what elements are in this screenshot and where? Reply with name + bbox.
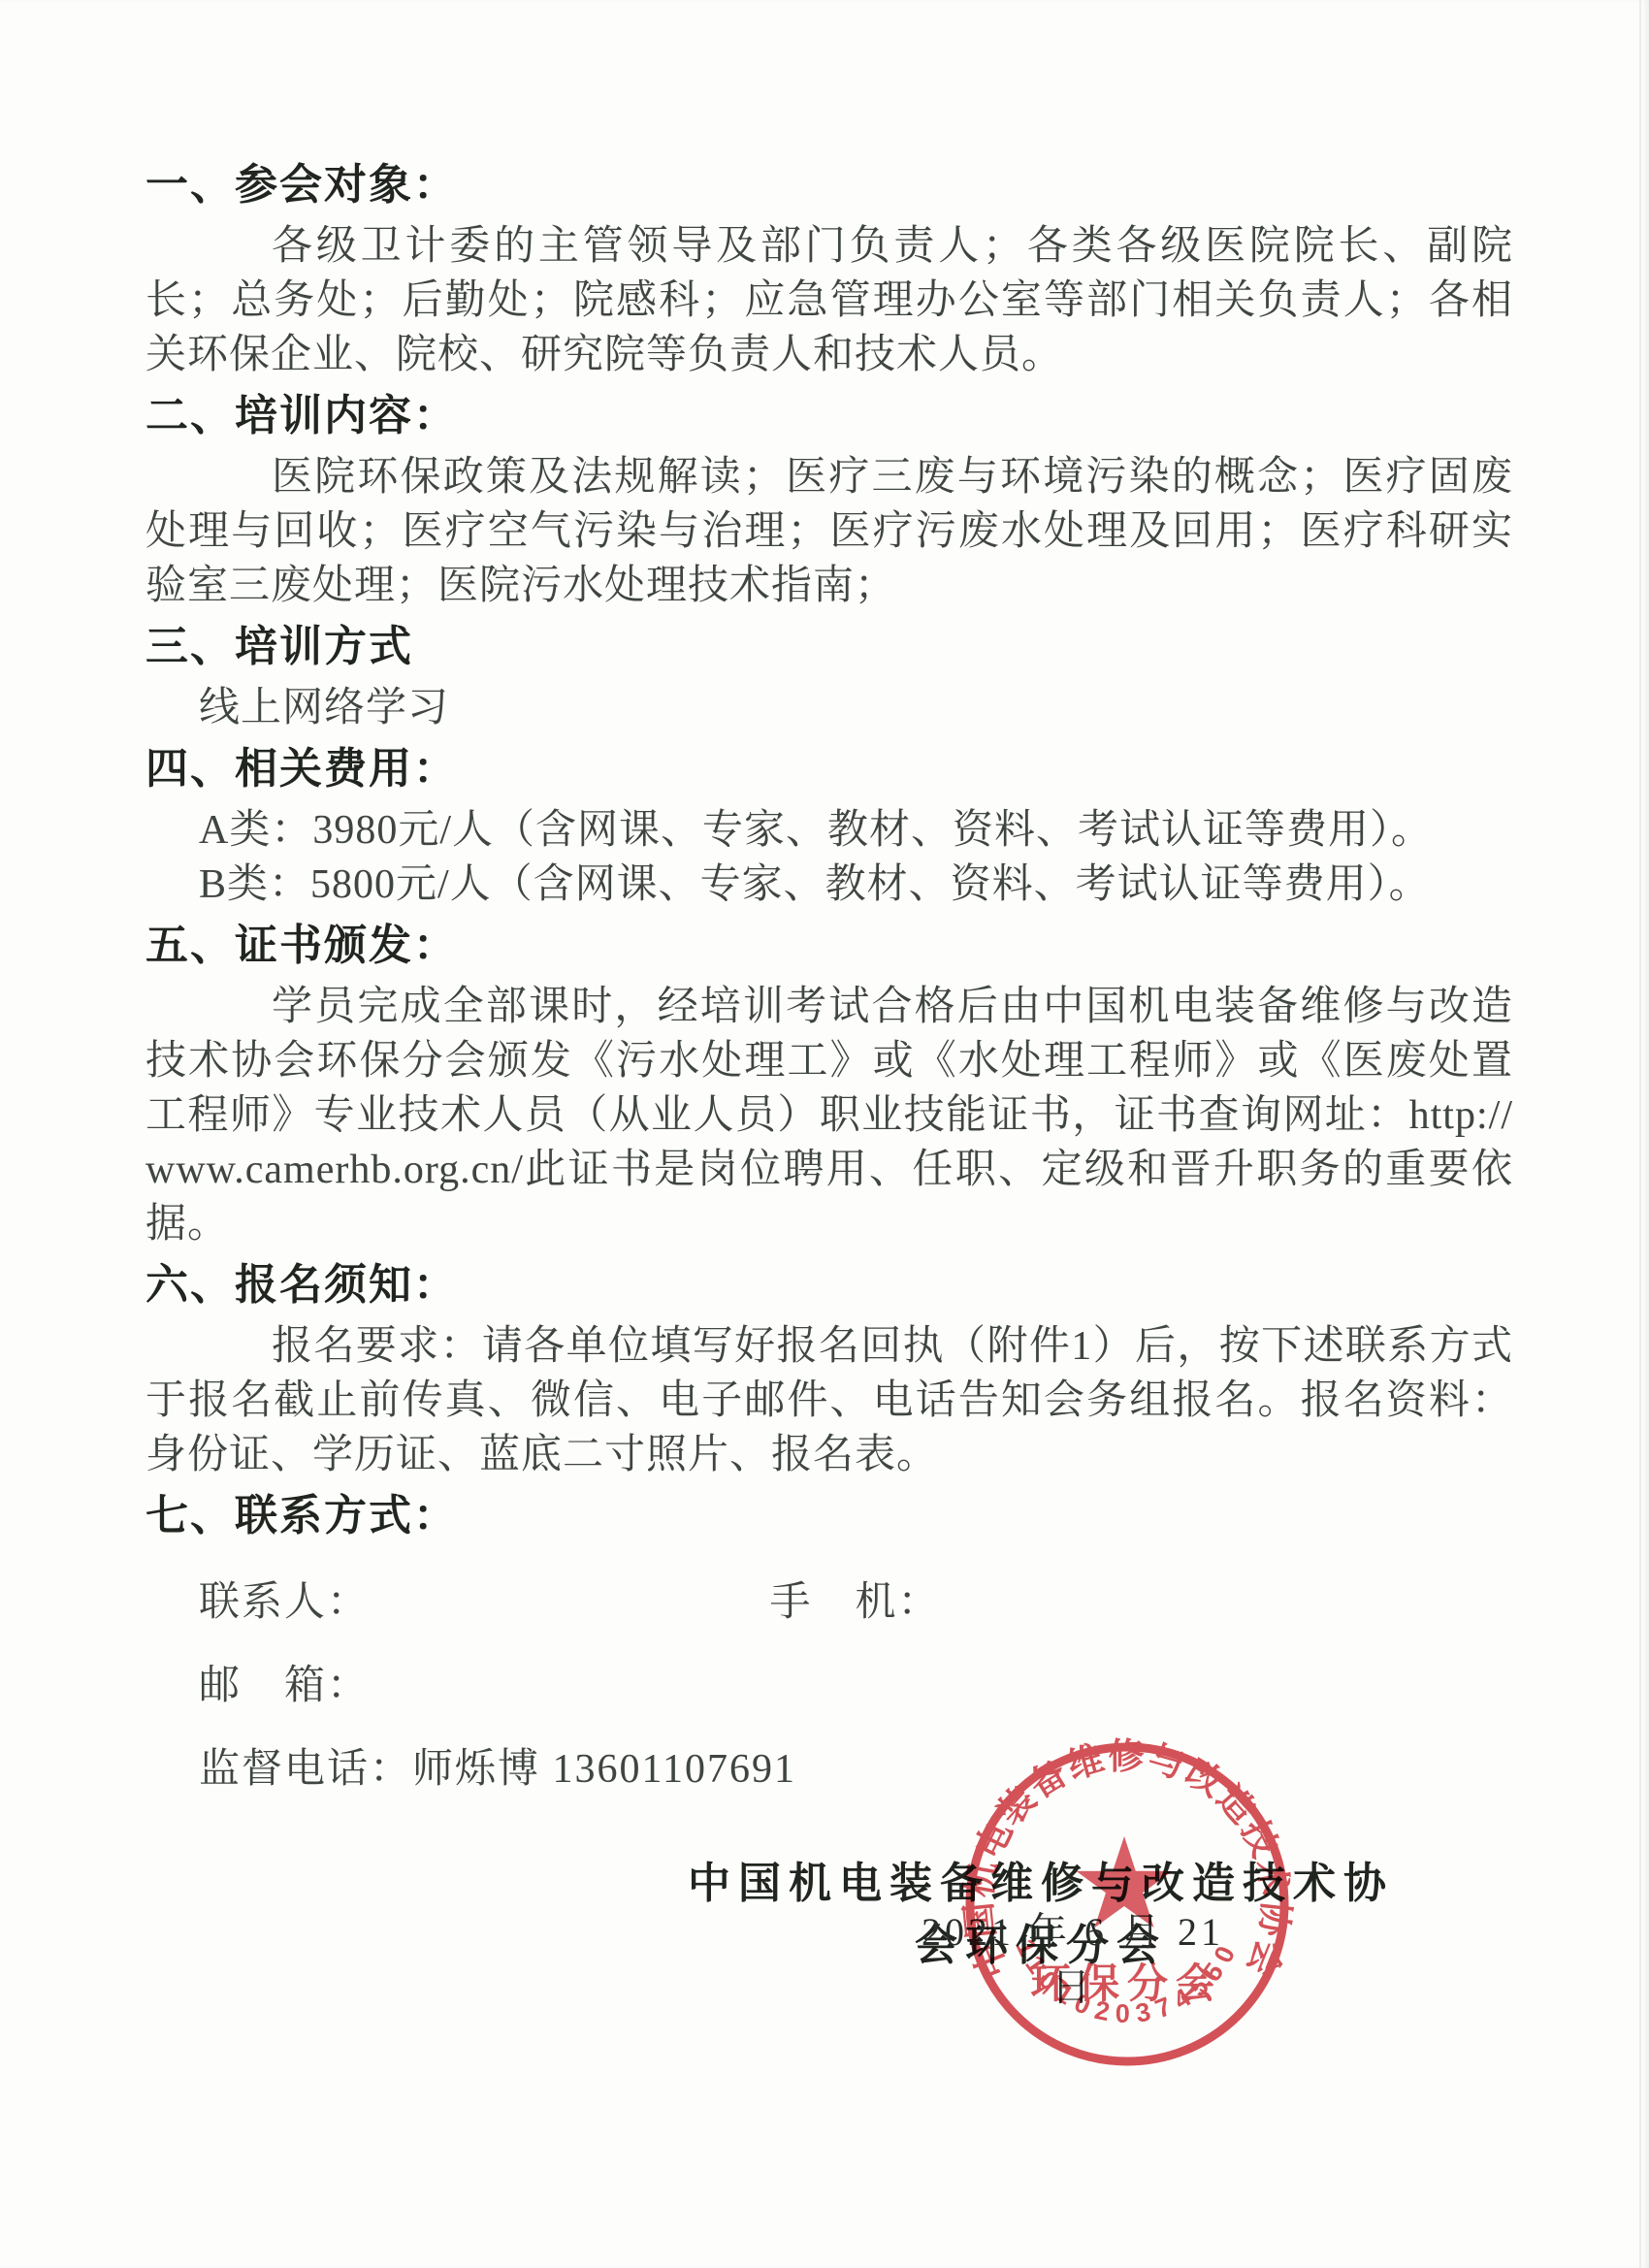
supervision-phone-line: 监督电话：师烁博 13601107691 [199, 1747, 796, 1792]
section-paragraph: 报名要求：请各单位填写好报名回执（附件1）后，按下述联系方式于报名截止前传真、微… [145, 1319, 1513, 1482]
contact-supervision-row: 监督电话：师烁博 13601107691 [145, 1742, 1513, 1797]
contact-email-row: 邮 箱： [145, 1659, 1513, 1713]
section-paragraph: 各级卫计委的主管领导及部门负责人；各类各级医院院长、副院长；总务处；后勤处；院感… [145, 219, 1513, 382]
contact-email-label: 邮 箱： [199, 1664, 370, 1708]
contact-mobile-label: 手 机： [770, 1580, 941, 1625]
document-body: 一、参会对象： 各级卫计委的主管领导及部门负责人；各类各级医院院长、副院长；总务… [145, 151, 1513, 1826]
section-participants: 一、参会对象： 各级卫计委的主管领导及部门负责人；各类各级医院院长、副院长；总务… [145, 159, 1513, 382]
section-heading: 七、联系方式： [145, 1490, 1513, 1542]
section-fees: 四、相关费用： A类：3980元/人（含网课、专家、教材、资料、考试认证等费用）… [145, 743, 1513, 912]
scan-edge-artifact [1639, 0, 1641, 2268]
section-heading: 二、培训内容： [145, 390, 1513, 442]
section-heading: 四、相关费用： [145, 743, 1513, 795]
section-paragraph: 医院环保政策及法规解读；医疗三废与环境污染的概念；医疗固废处理与回收；医疗空气污… [145, 450, 1513, 613]
section-training-content: 二、培训内容： 医院环保政策及法规解读；医疗三废与环境污染的概念；医疗固废处理与… [145, 390, 1513, 613]
section-paragraph: 线上网络学习 [145, 681, 1513, 735]
section-registration-notes: 六、报名须知： 报名要求：请各单位填写好报名回执（附件1）后，按下述联系方式于报… [145, 1259, 1513, 1482]
section-paragraph: 学员完成全部课时，经培训考试合格后由中国机电装备维修与改造技术协会环保分会颁发《… [145, 980, 1513, 1251]
fee-line-b: B类：5800元/人（含网课、专家、教材、资料、考试认证等费用）。 [145, 858, 1513, 912]
signature-date: 2021 年 6 月 21 日 [908, 1901, 1238, 2012]
section-heading: 一、参会对象： [145, 159, 1513, 211]
scanned-notice-page: 一、参会对象： 各级卫计委的主管领导及部门负责人；各类各级医院院长、副院长；总务… [0, 0, 1649, 2268]
fee-line-a: A类：3980元/人（含网课、专家、教材、资料、考试认证等费用）。 [145, 803, 1513, 858]
section-certificate: 五、证书颁发： 学员完成全部课时，经培训考试合格后由中国机电装备维修与改造技术协… [145, 920, 1513, 1251]
section-contact: 七、联系方式： 联系人： 手 机： 邮 箱： 监督电话：师烁博 13601107… [145, 1490, 1513, 1797]
section-heading: 三、培训方式 [145, 621, 1513, 673]
contact-person-row: 联系人： 手 机： [145, 1575, 1513, 1630]
section-heading: 六、报名须知： [145, 1259, 1513, 1312]
contact-person-label: 联系人： [199, 1580, 370, 1625]
section-heading: 五、证书颁发： [145, 920, 1513, 972]
section-training-method: 三、培训方式 线上网络学习 [145, 621, 1513, 735]
